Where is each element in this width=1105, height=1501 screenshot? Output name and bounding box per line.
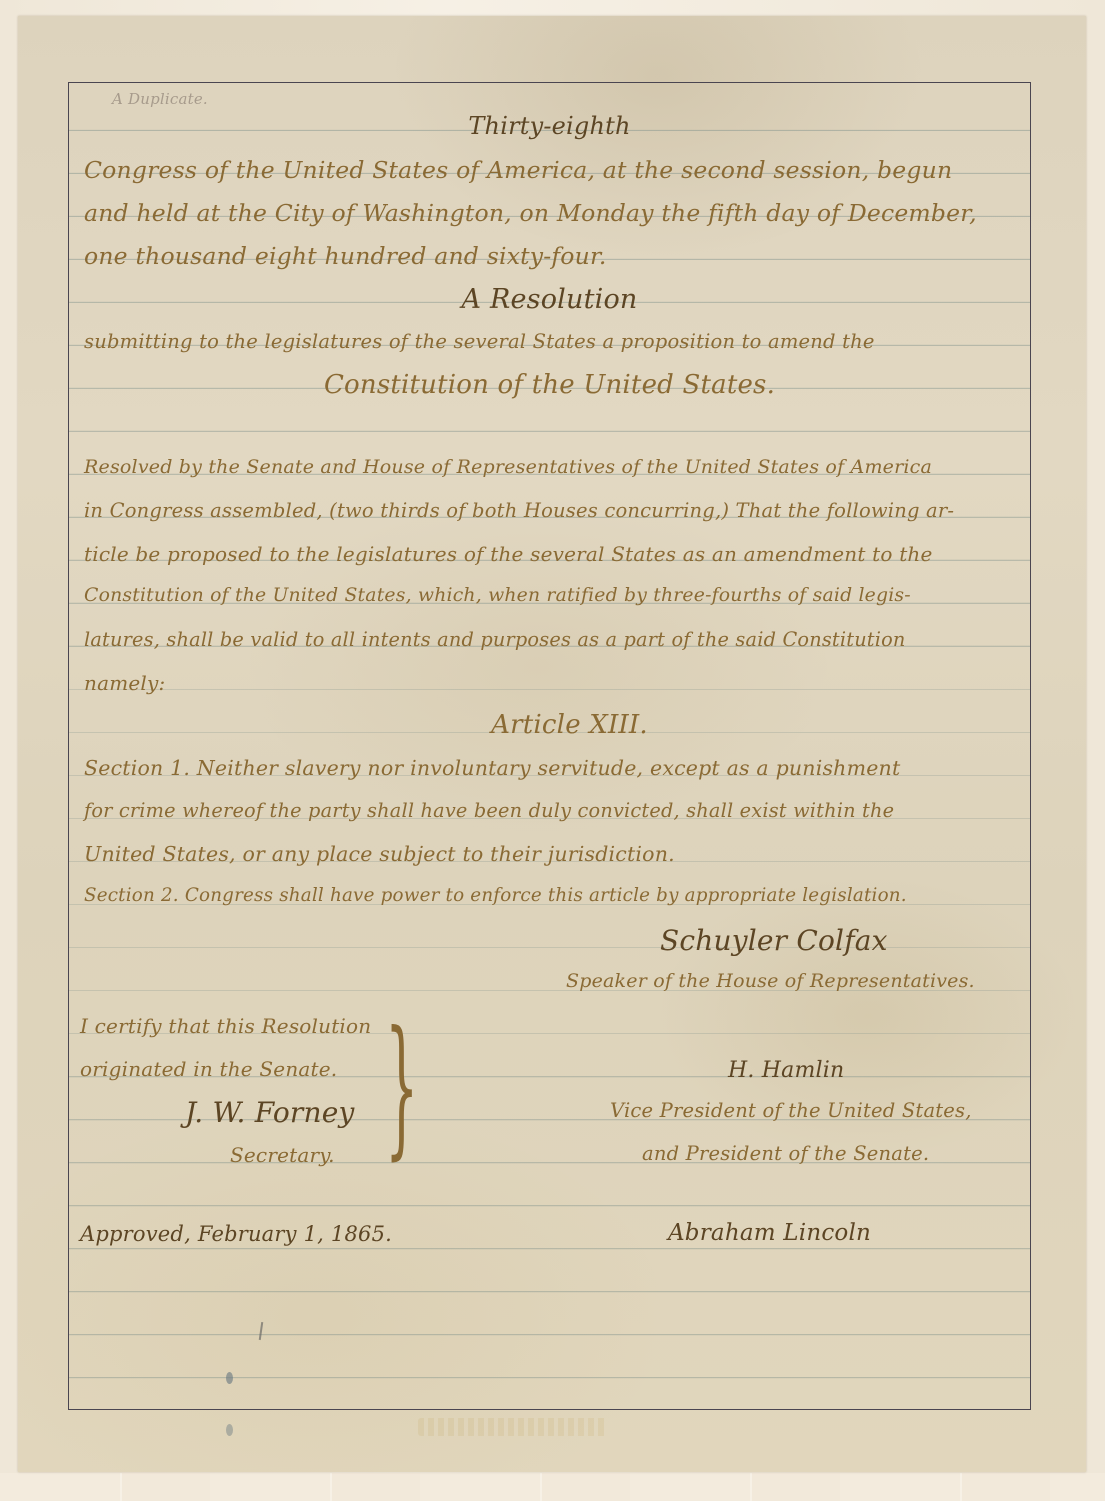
header-line-3: one thousand eight hundred and sixty-fou… (84, 242, 607, 270)
preamble-line-5: latures, shall be valid to all intents a… (84, 628, 906, 651)
marginal-note: A Duplicate. (112, 90, 208, 108)
ink-blot (226, 1372, 233, 1384)
secretary-title: Secretary. (230, 1143, 335, 1167)
preamble-line-1: Resolved by the Senate and House of Repr… (84, 456, 932, 478)
subtitle-line: submitting to the legislatures of the se… (84, 330, 875, 353)
header-line-1: Congress of the United States of America… (84, 156, 952, 184)
mount-bottom-strip (0, 1473, 1105, 1501)
brace-mark: } (385, 1012, 396, 1162)
speaker-title: Speaker of the House of Representatives. (566, 970, 975, 992)
section-1-line-3: United States, or any place subject to t… (84, 842, 675, 866)
lincoln-signature: Abraham Lincoln (668, 1220, 871, 1246)
section-1-line-2: for crime whereof the party shall have b… (84, 799, 894, 822)
vice-president-title-2: and President of the Senate. (642, 1142, 929, 1165)
certification-line-2: originated in the Senate. (80, 1057, 337, 1081)
vice-president-title-1: Vice President of the United States, (610, 1099, 972, 1122)
header-line-2: and held at the City of Washington, on M… (84, 199, 977, 227)
certification-line-1: I certify that this Resolution (80, 1014, 371, 1038)
preamble-line-2: in Congress assembled, (two thirds of bo… (84, 499, 954, 522)
ink-blot (226, 1424, 233, 1436)
subtitle-constitution: Constitution of the United States. (68, 370, 1031, 400)
preamble-line-3: ticle be proposed to the legislatures of… (84, 542, 933, 566)
preamble-line-4: Constitution of the United States, which… (84, 585, 911, 606)
article-heading: Article XIII. (68, 710, 1031, 740)
faded-stamp (418, 1418, 608, 1436)
congress-number: Thirty-eighth (68, 112, 1031, 140)
preamble-line-6: namely: (84, 671, 165, 695)
approval-date: Approved, February 1, 1865. (80, 1222, 392, 1246)
section-2-line: Section 2. Congress shall have power to … (84, 885, 907, 906)
secretary-signature: J. W. Forney (185, 1096, 355, 1129)
speaker-signature: Schuyler Colfax (660, 924, 888, 957)
section-1-line-1: Section 1. Neither slavery nor involunta… (84, 756, 900, 780)
ruled-border-frame (68, 82, 1031, 1410)
resolution-title: A Resolution (68, 284, 1031, 315)
vice-president-signature: H. Hamlin (728, 1058, 844, 1083)
